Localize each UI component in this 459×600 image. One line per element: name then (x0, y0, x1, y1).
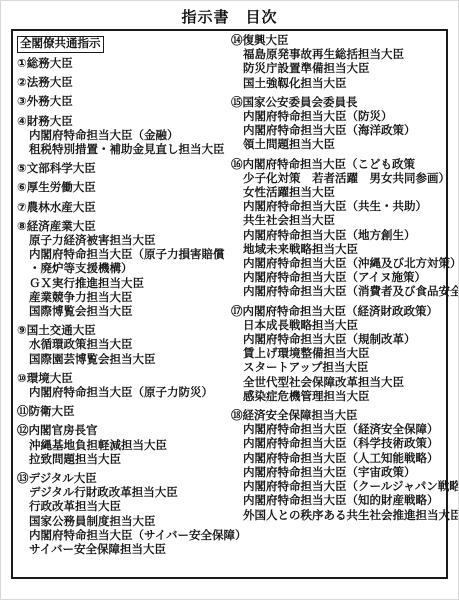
minister-heading: ⑫内閣官房長官 (17, 424, 231, 438)
toc-column-right: ⑭復興大臣福島原発事故再生総括担当大臣防災庁設置準備担当大臣国土強靱化担当大臣⑮… (231, 34, 459, 574)
sub-minister-item: 日本成長戦略担当大臣 (231, 319, 459, 333)
sub-minister-item: 内閣府特命担当大臣（人工知能戦略） (231, 452, 459, 466)
sub-minister-item: 内閣府特命担当大臣（知的財産戦略） (231, 494, 459, 508)
toc-group: ⑭復興大臣福島原発事故再生総括担当大臣防災庁設置準備担当大臣国土強靱化担当大臣 (231, 34, 459, 91)
document-page: 指示書 目次 全閣僚共通指示 ①総務大臣②法務大臣③外務大臣④財務大臣内閣府特命… (0, 0, 459, 600)
sub-minister-item: 行政改革担当大臣 (17, 500, 231, 514)
minister-title: 文部科学大臣 (27, 163, 96, 175)
sub-minister-item: 地域未来戦略担当大臣 (231, 243, 459, 257)
toc-group: ②法務大臣 (17, 76, 231, 90)
toc-group: ⑰内閣府特命担当大臣（経済財政政策）日本成長戦略担当大臣内閣府特命担当大臣（規制… (231, 305, 459, 404)
minister-title: 経済産業大臣 (27, 221, 96, 233)
minister-title: 総務大臣 (27, 58, 73, 70)
minister-heading: ⑮国家公安委員会委員長 (231, 96, 459, 110)
sub-minister-item: スタートアップ担当大臣 (231, 361, 459, 375)
minister-heading: ⑦農林水産大臣 (17, 201, 231, 215)
sub-minister-item: 水循環政策担当大臣 (17, 338, 231, 352)
sub-minister-item: 国家公務員制度担当大臣 (17, 515, 231, 529)
circled-number: ① (17, 58, 27, 70)
minister-title: 内閣官房長官 (29, 425, 98, 437)
sub-minister-item: 福島原発事故再生総括担当大臣 (231, 48, 459, 62)
minister-title: デジタル大臣 (29, 473, 97, 485)
toc-group: ⑥厚生労働大臣 (17, 181, 231, 195)
minister-heading: ⑨国土交通大臣 (17, 324, 231, 338)
minister-title: 国家公安委員会委員長 (243, 97, 358, 109)
minister-heading: ⑧経済産業大臣 (17, 220, 231, 234)
toc-group: ⑱経済安全保障担当大臣内閣府特命担当大臣（経済安全保障）内閣府特命担当大臣（科学… (231, 409, 459, 523)
toc-group: ⑫内閣官房長官沖縄基地負担軽減担当大臣拉致問題担当大臣 (17, 424, 231, 467)
sub-minister-item: 領土問題担当大臣 (231, 138, 459, 152)
toc-groups-left: ①総務大臣②法務大臣③外務大臣④財務大臣内閣府特命担当大臣（金融）租税特別措置・… (17, 57, 231, 557)
toc-group: ①総務大臣 (17, 57, 231, 71)
sub-minister-item: 全世代型社会保障改革担当大臣 (231, 376, 459, 390)
circled-number: ⑥ (17, 182, 27, 194)
minister-heading: ⑩環境大臣 (17, 372, 231, 386)
sub-minister-item: 国際園芸博覧会担当大臣 (17, 353, 231, 367)
toc-group: ⑩環境大臣内閣府特命担当大臣（原子力防災） (17, 372, 231, 400)
sub-minister-item: 国土強靱化担当大臣 (231, 77, 459, 91)
minister-heading: ⑱経済安全保障担当大臣 (231, 409, 459, 423)
minister-title: 経済安全保障担当大臣 (243, 410, 358, 422)
sub-minister-item: 外国人との秩序ある共生社会推進担当大臣 (231, 509, 459, 523)
sub-minister-item: 内閣府特命担当大臣（クールジャパン戦略） (231, 480, 459, 494)
sub-minister-item: 内閣府特命担当大臣（防災） (231, 110, 459, 124)
minister-heading: ⑯内閣府特命担当大臣（こども政策 (231, 158, 459, 172)
minister-title: 復興大臣 (243, 35, 289, 47)
circled-number: ③ (17, 96, 27, 108)
minister-heading: ⑰内閣府特命担当大臣（経済財政政策） (231, 305, 459, 319)
circled-number: ⑮ (231, 97, 243, 109)
toc-column-left: 全閣僚共通指示 ①総務大臣②法務大臣③外務大臣④財務大臣内閣府特命担当大臣（金融… (17, 34, 231, 574)
toc-group: ⑦農林水産大臣 (17, 201, 231, 215)
circled-number: ⑱ (231, 410, 243, 422)
circled-number: ⑪ (17, 406, 29, 418)
sub-minister-item: 国際博覧会担当大臣 (17, 305, 231, 319)
toc-group: ④財務大臣内閣府特命担当大臣（金融）租税特別措置・補助金見直し担当大臣 (17, 115, 231, 158)
minister-heading: ⑬デジタル大臣 (17, 472, 231, 486)
sub-minister-item: 拉致問題担当大臣 (17, 453, 231, 467)
sub-minister-item: 内閣府特命担当大臣（経済安全保障） (231, 423, 459, 437)
circled-number: ④ (17, 116, 27, 128)
sub-minister-item: ・廃炉等支援機構） (17, 262, 231, 276)
sub-minister-item: 防災庁設置準備担当大臣 (231, 62, 459, 76)
toc-group: ③外務大臣 (17, 95, 231, 109)
sub-minister-item: サイバー安全保障担当大臣 (17, 543, 231, 557)
circled-number: ⑰ (231, 306, 243, 318)
circled-number: ⑧ (17, 221, 27, 233)
minister-title: 外務大臣 (27, 96, 73, 108)
circled-number: ⑦ (17, 202, 27, 214)
circled-number: ⑩ (17, 373, 27, 385)
minister-title: 財務大臣 (27, 116, 73, 128)
minister-heading: ①総務大臣 (17, 57, 231, 71)
sub-minister-item: 内閣府特命担当大臣（地方創生） (231, 229, 459, 243)
minister-heading: ③外務大臣 (17, 95, 231, 109)
minister-title: 防衛大臣 (29, 406, 75, 418)
toc-group: ⑤文部科学大臣 (17, 162, 231, 176)
sub-minister-item: 内閣府特命担当大臣（消費者及び食品安全） (231, 285, 459, 299)
minister-heading: ⑥厚生労働大臣 (17, 181, 231, 195)
toc-group: ⑯内閣府特命担当大臣（こども政策少子化対策 若者活躍 男女共同参画）女性活躍担当… (231, 158, 459, 300)
sub-minister-item: 女性活躍担当大臣 (231, 186, 459, 200)
toc-content-box: 全閣僚共通指示 ①総務大臣②法務大臣③外務大臣④財務大臣内閣府特命担当大臣（金融… (11, 29, 448, 579)
toc-groups-right: ⑭復興大臣福島原発事故再生総括担当大臣防災庁設置準備担当大臣国土強靱化担当大臣⑮… (231, 34, 459, 523)
sub-minister-item: 賃上げ環境整備担当大臣 (231, 347, 459, 361)
sub-minister-item: 内閣府特命担当大臣（金融） (17, 129, 231, 143)
sub-minister-item: ＧＸ実行推進担当大臣 (17, 277, 231, 291)
sub-minister-item: 内閣府特命担当大臣（宇宙政策） (231, 466, 459, 480)
minister-title: 国土交通大臣 (27, 325, 96, 337)
toc-group: ⑧経済産業大臣原子力経済被害担当大臣内閣府特命担当大臣（原子力損害賠償・廃炉等支… (17, 220, 231, 319)
sub-minister-item: 少子化対策 若者活躍 男女共同参画） (231, 172, 459, 186)
circled-number: ⑨ (17, 325, 27, 337)
minister-heading: ⑪防衛大臣 (17, 405, 231, 419)
page-title: 指示書 目次 (1, 1, 458, 28)
sub-minister-item: 内閣府特命担当大臣（原子力防災） (17, 386, 231, 400)
circled-number: ⑫ (17, 425, 29, 437)
sub-minister-item: 内閣府特命担当大臣（サイバー安全保障） (17, 529, 231, 543)
sub-minister-item: 原子力経済被害担当大臣 (17, 234, 231, 248)
sub-minister-item: 内閣府特命担当大臣（沖縄及び北方対策） (231, 257, 459, 271)
toc-group: ⑮国家公安委員会委員長内閣府特命担当大臣（防災）内閣府特命担当大臣（海洋政策）領… (231, 96, 459, 153)
circled-number: ② (17, 77, 27, 89)
sub-minister-item: 沖縄基地負担軽減担当大臣 (17, 439, 231, 453)
minister-heading: ②法務大臣 (17, 76, 231, 90)
sub-minister-item: 内閣府特命担当大臣（共生・共助） (231, 200, 459, 214)
common-directive-label: 全閣僚共通指示 (17, 36, 104, 53)
minister-heading: ⑤文部科学大臣 (17, 162, 231, 176)
toc-group: ⑨国土交通大臣水循環政策担当大臣国際園芸博覧会担当大臣 (17, 324, 231, 367)
minister-title: 内閣府特命担当大臣（こども政策 (243, 159, 416, 171)
minister-title: 環境大臣 (27, 373, 73, 385)
circled-number: ⑭ (231, 35, 243, 47)
circled-number: ⑬ (17, 473, 29, 485)
toc-group: ⑪防衛大臣 (17, 405, 231, 419)
sub-minister-item: 産業競争力担当大臣 (17, 291, 231, 305)
sub-minister-item: 共生社会担当大臣 (231, 214, 459, 228)
sub-minister-item: 内閣府特命担当大臣（海洋政策） (231, 124, 459, 138)
minister-heading: ⑭復興大臣 (231, 34, 459, 48)
sub-minister-item: 内閣府特命担当大臣（科学技術政策） (231, 437, 459, 451)
minister-title: 内閣府特命担当大臣（経済財政政策） (243, 306, 439, 318)
minister-heading: ④財務大臣 (17, 115, 231, 129)
circled-number: ⑤ (17, 163, 27, 175)
minister-title: 厚生労働大臣 (27, 182, 96, 194)
circled-number: ⑯ (231, 159, 243, 171)
sub-minister-item: 内閣府特命担当大臣（アイヌ施策） (231, 271, 459, 285)
sub-minister-item: 租税特別措置・補助金見直し担当大臣 (17, 143, 231, 157)
minister-title: 法務大臣 (27, 77, 73, 89)
sub-minister-item: 内閣府特命担当大臣（原子力損害賠償 (17, 248, 231, 262)
minister-title: 農林水産大臣 (27, 202, 96, 214)
sub-minister-item: デジタル行財政改革担当大臣 (17, 486, 231, 500)
sub-minister-item: 内閣府特命担当大臣（規制改革） (231, 333, 459, 347)
toc-group: ⑬デジタル大臣デジタル行財政改革担当大臣行政改革担当大臣国家公務員制度担当大臣内… (17, 472, 231, 557)
sub-minister-item: 感染症危機管理担当大臣 (231, 390, 459, 404)
